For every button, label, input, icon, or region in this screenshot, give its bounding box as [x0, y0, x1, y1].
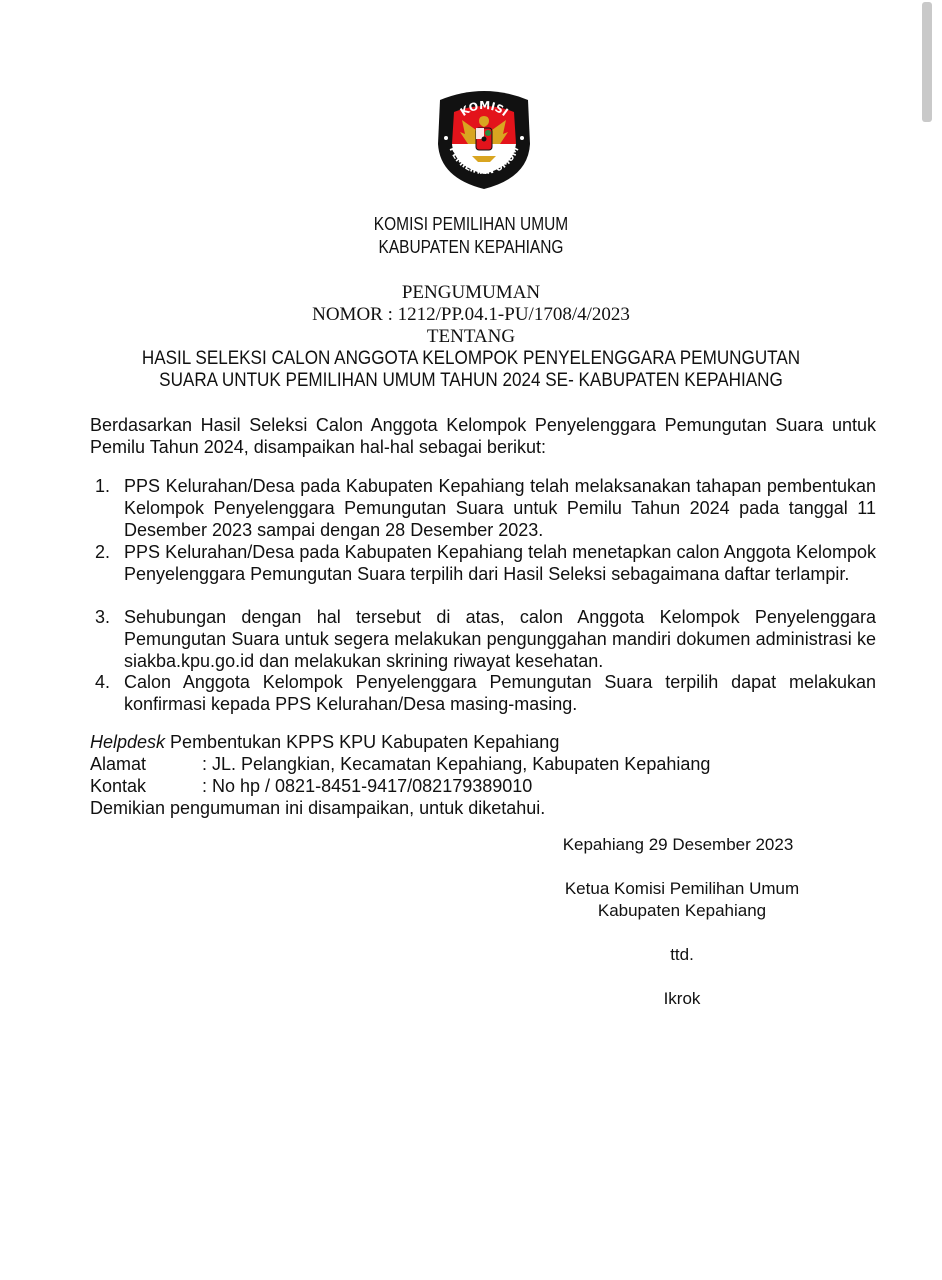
announcement-number: NOMOR : 1212/PP.04.1-PU/1708/4/2023 — [0, 304, 942, 326]
kpu-emblem-logo: KOMISI PEMILIHAN UMUM — [432, 86, 536, 190]
helpdesk-italic-label: Helpdesk — [90, 732, 165, 752]
signer-position-line1: Ketua Komisi Pemilihan Umum — [532, 878, 832, 900]
signed-mark: ttd. — [532, 944, 832, 966]
announcement-label: PENGUMUMAN — [0, 282, 942, 304]
list-text: Calon Anggota Kelompok Penyelenggara Pem… — [124, 671, 876, 715]
list-number: 4. — [95, 671, 110, 693]
vertical-scrollbar[interactable] — [922, 2, 932, 122]
helpdesk-title-rest: Pembentukan KPPS KPU Kabupaten Kepahiang — [165, 732, 559, 752]
list-item: 3. Sehubungan dengan hal tersebut di ata… — [90, 606, 876, 672]
list-text: Sehubungan dengan hal tersebut di atas, … — [124, 606, 876, 672]
signer-position-line2: Kabupaten Kepahiang — [532, 900, 832, 922]
intro-paragraph: Berdasarkan Hasil Seleksi Calon Anggota … — [90, 414, 876, 458]
list-number: 3. — [95, 606, 110, 628]
list-number: 1. — [95, 475, 110, 497]
institution-region: KABUPATEN KEPAHIANG — [66, 237, 876, 258]
address-value: : JL. Pelangkian, Kecamatan Kepahiang, K… — [202, 754, 710, 774]
announcement-title-line2: SUARA UNTUK PEMILIHAN UMUM TAHUN 2024 SE… — [47, 370, 895, 392]
list-text: PPS Kelurahan/Desa pada Kabupaten Kepahi… — [124, 475, 876, 541]
contact-value: : No hp / 0821-8451-9417/082179389010 — [202, 776, 532, 796]
institution-name: KOMISI PEMILIHAN UMUM — [66, 214, 876, 235]
helpdesk-address: Alamat: JL. Pelangkian, Kecamatan Kepahi… — [90, 753, 710, 775]
helpdesk-title: Helpdesk Pembentukan KPPS KPU Kabupaten … — [90, 731, 559, 753]
announcement-title-line1: HASIL SELEKSI CALON ANGGOTA KELOMPOK PEN… — [47, 348, 895, 370]
list-item: 4. Calon Anggota Kelompok Penyelenggara … — [90, 671, 876, 715]
list-item: 1. PPS Kelurahan/Desa pada Kabupaten Kep… — [90, 475, 876, 541]
about-label: TENTANG — [0, 326, 942, 348]
place-date: Kepahiang 29 Desember 2023 — [528, 834, 828, 856]
closing-statement: Demikian pengumuman ini disampaikan, unt… — [90, 797, 545, 819]
helpdesk-contact: Kontak: No hp / 0821-8451-9417/082179389… — [90, 775, 532, 797]
list-text: PPS Kelurahan/Desa pada Kabupaten Kepahi… — [124, 541, 876, 585]
list-item: 2. PPS Kelurahan/Desa pada Kabupaten Kep… — [90, 541, 876, 585]
signer-name: Ikrok — [532, 988, 832, 1010]
intro-text: Berdasarkan Hasil Seleksi Calon Anggota … — [90, 414, 876, 458]
contact-label: Kontak — [90, 775, 202, 797]
list-number: 2. — [95, 541, 110, 563]
address-label: Alamat — [90, 753, 202, 775]
